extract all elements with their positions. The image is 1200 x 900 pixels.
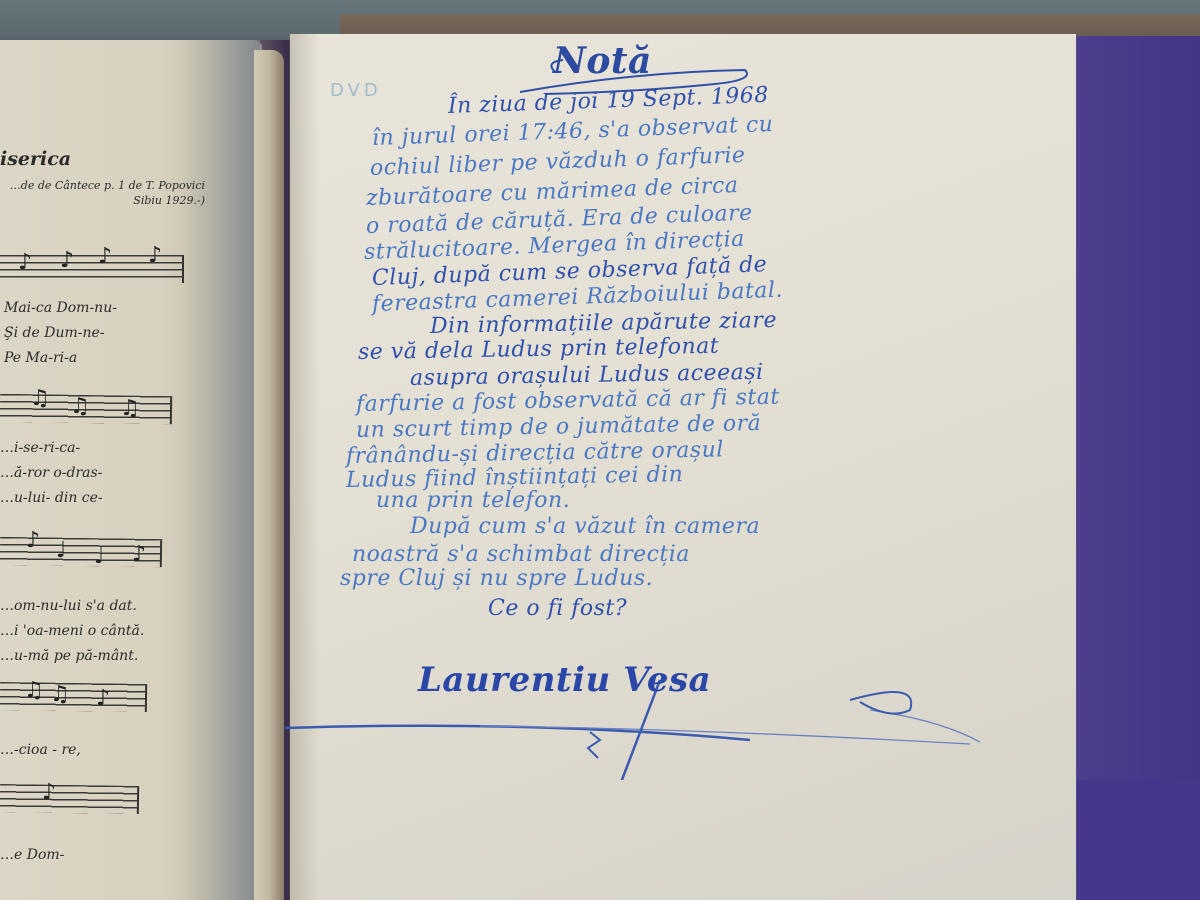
lyric-line: …i 'oa-meni o cântă. [0,623,144,639]
beamed-notes-icon: ♫ [120,398,140,420]
note-title: Notă [553,40,652,82]
lyric-line: …om-nu-lui s'a dat. [0,598,137,614]
eighth-note-icon: ♪ [148,245,162,267]
note-line: noastră s'a schimbat direcția [352,542,690,567]
lyric-line: …u-mă pe pă-mânt. [0,648,138,664]
quarter-note-icon: ♩ [94,546,104,568]
lyric-line: …i-se-ri-ca- [0,440,80,456]
lyric-line: …-cioa - re, [0,742,81,758]
note-question: Ce o fi fost? [488,596,627,621]
purple-board [1062,36,1200,900]
quarter-note-icon: ♩ [56,540,66,562]
eighth-note-icon: ♪ [42,782,56,804]
photo-scene: iserica …de de Cântece p. 1 de T. Popovi… [0,0,1200,900]
eighth-note-icon: ♪ [18,252,32,274]
hymn-source-line-1: …de de Cântece p. 1 de T. Popovici [0,178,205,193]
eighth-note-icon: ♪ [60,250,74,272]
note-line: spre Cluj și nu spre Ludus. [340,566,653,591]
purple-board-lower [1058,780,1200,900]
lyric-line: Şi de Dum-ne- [4,325,105,341]
note-line: una prin telefon. [376,488,570,513]
hymn-source-line-2: Sibiu 1929.-) [0,193,205,208]
eighth-note-icon: ♪ [96,688,110,710]
page-water-stain [180,40,260,900]
hymn-title: iserica [0,148,71,170]
eighth-note-icon: ♪ [98,246,112,268]
beamed-notes-icon: ♫ [70,396,90,418]
beamed-notes-icon: ♫ [30,388,50,410]
music-staff-5 [0,784,139,814]
lyric-line: Pe Ma-ri-a [4,350,77,366]
lyric-line: …ă-ror o-dras- [0,465,102,481]
eighth-note-icon: ♪ [26,530,40,552]
faint-stamp-mark: DVD [330,80,382,101]
note-line: După cum s'a văzut în camera [410,514,760,539]
signature: Laurentiu Vesa [418,660,711,700]
hymn-source: …de de Cântece p. 1 de T. Popovici Sibiu… [0,178,205,208]
music-staff-4 [0,682,147,712]
beamed-notes-icon: ♫ [24,680,44,702]
lyric-line: …e Dom- [0,847,64,863]
lyric-line: Mai-ca Dom-nu- [4,300,117,316]
beamed-notes-icon: ♫ [50,684,70,706]
lyric-line: …u-lui- din ce- [0,490,103,506]
eighth-note-icon: ♪ [132,544,146,566]
